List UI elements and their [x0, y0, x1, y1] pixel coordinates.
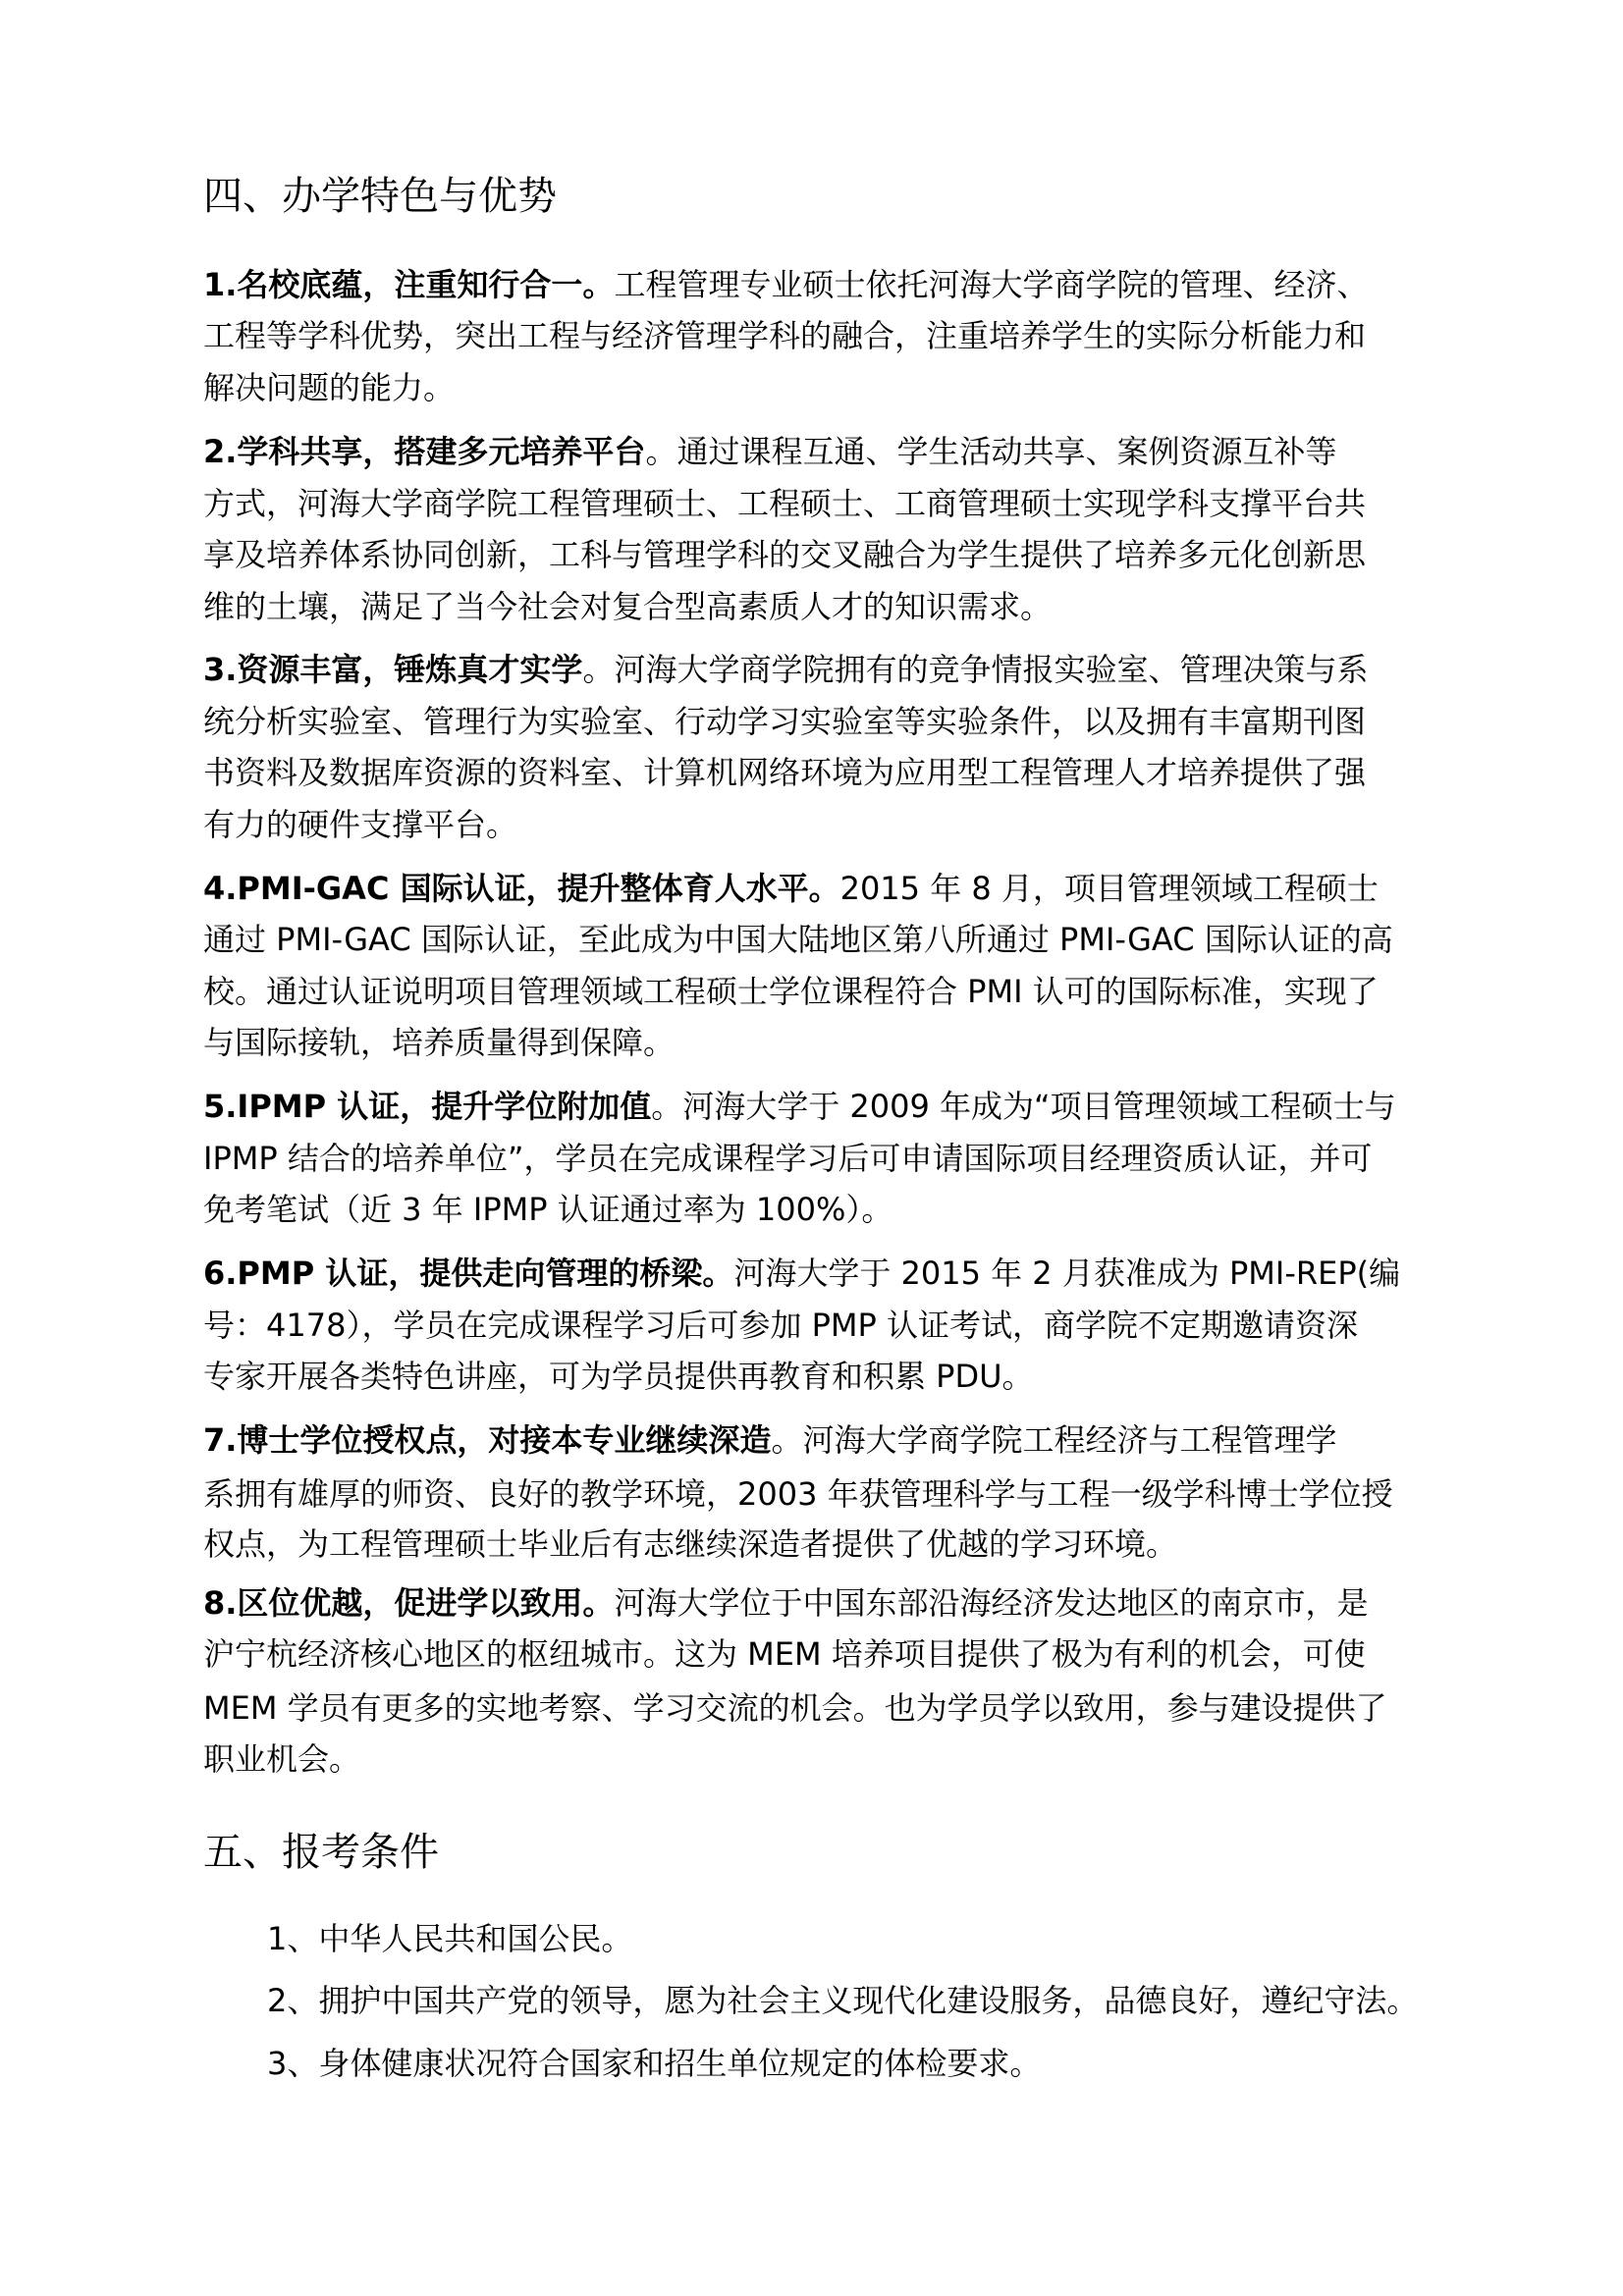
paragraph-line: 7.博士学位授权点，对接本专业继续深造。河海大学商学院工程经济与工程管理学	[203, 1415, 1336, 1465]
paragraph-lead: 1.名校底蕴，注重知行合一。	[203, 266, 614, 303]
paragraph-text: 工程管理专业硕士依托河海大学商学院的管理、经济、	[614, 266, 1368, 303]
paragraph-lead: 3.资源丰富，锤炼真才实学	[203, 651, 582, 688]
paragraph-line: 职业机会。	[203, 1735, 360, 1784]
paragraph-line: 维的土壤，满足了当今社会对复合型高素质人才的知识需求。	[203, 582, 1052, 631]
document-page: 四、办学特色与优势 1.名校底蕴，注重知行合一。工程管理专业硕士依托河海大学商学…	[0, 0, 1623, 2296]
paragraph-lead: 7.博士学位授权点，对接本专业继续深造	[203, 1421, 771, 1459]
paragraph-text: 2015 年 8 月，项目管理领域工程硕士	[840, 870, 1379, 907]
paragraph-line: 解决问题的能力。	[203, 363, 455, 412]
paragraph-line: MEM 学员有更多的实地考察、学习交流的机会。也为学员学以致用，参与建设提供了	[203, 1683, 1387, 1733]
paragraph-line: 专家开展各类特色讲座，可为学员提供再教育和积累 PDU。	[203, 1352, 1034, 1401]
list-item: 3、身体健康状况符合国家和招生单位规定的体检要求。	[267, 2039, 1041, 2088]
paragraph-line: 权点，为工程管理硕士毕业后有志继续深造者提供了优越的学习环境。	[203, 1520, 1177, 1569]
paragraph-line: 有力的硬件支撑平台。	[203, 800, 517, 849]
paragraph-line: 1.名校底蕴，注重知行合一。工程管理专业硕士依托河海大学商学院的管理、经济、	[203, 260, 1368, 309]
paragraph-line: 4.PMI-GAC 国际认证，提升整体育人水平。2015 年 8 月，项目管理领…	[203, 864, 1379, 913]
paragraph-line: 工程等学科优势，突出工程与经济管理学科的融合，注重培养学生的实际分析能力和	[203, 311, 1366, 360]
paragraph-line: 享及培养体系协同创新，工科与管理学科的交叉融合为学生提供了培养多元化创新思	[203, 530, 1366, 579]
paragraph-line: 3.资源丰富，锤炼真才实学。河海大学商学院拥有的竞争情报实验室、管理决策与系	[203, 645, 1368, 694]
paragraph-line: IPMP 结合的培养单位”，学员在完成课程学习后可申请国际项目经理资质认证，并可	[203, 1134, 1372, 1183]
paragraph-text: 。河海大学于 2009 年成为“项目管理领域工程硕士与	[651, 1088, 1395, 1125]
paragraph-text: 河海大学于 2015 年 2 月获准成为 PMI-REP(编	[733, 1255, 1400, 1292]
paragraph-lead: 8.区位优越，促进学以致用。	[203, 1584, 614, 1622]
paragraph-lead: 5.IPMP 认证，提升学位附加值	[203, 1088, 651, 1125]
paragraph-line: 号：4178），学员在完成课程学习后可参加 PMP 认证考试，商学院不定期邀请资…	[203, 1301, 1358, 1350]
paragraph-line: 2.学科共享，搭建多元培养平台。通过课程互通、学生活动共享、案例资源互补等	[203, 427, 1336, 476]
paragraph-lead: 6.PMP 认证，提供走向管理的桥梁。	[203, 1255, 733, 1292]
paragraph-line: 系拥有雄厚的师资、良好的教学环境，2003 年获管理科学与工程一级学科博士学位授	[203, 1469, 1393, 1519]
paragraph-text: 。河海大学商学院拥有的竞争情报实验室、管理决策与系	[582, 651, 1368, 688]
list-item: 2、拥护中国共产党的领导，愿为社会主义现代化建设服务，品德良好，遵纪守法。	[267, 1976, 1418, 2025]
paragraph-line: 6.PMP 认证，提供走向管理的桥梁。河海大学于 2015 年 2 月获准成为 …	[203, 1249, 1400, 1298]
paragraph-text: 。通过课程互通、学生活动共享、案例资源互补等	[645, 433, 1336, 470]
paragraph-line: 8.区位优越，促进学以致用。河海大学位于中国东部沿海经济发达地区的南京市，是	[203, 1578, 1368, 1628]
paragraph-lead: 2.学科共享，搭建多元培养平台	[203, 433, 645, 470]
section-heading-requirements: 五、报考条件	[203, 1828, 439, 1877]
paragraph-line: 统分析实验室、管理行为实验室、行动学习实验室等实验条件，以及拥有丰富期刊图	[203, 697, 1366, 746]
paragraph-line: 通过 PMI-GAC 国际认证，至此成为中国大陆地区第八所通过 PMI-GAC …	[203, 915, 1393, 964]
paragraph-line: 免考笔试（近 3 年 IPMP 认证通过率为 100%）。	[203, 1185, 893, 1234]
paragraph-line: 5.IPMP 认证，提升学位附加值。河海大学于 2009 年成为“项目管理领域工…	[203, 1082, 1396, 1131]
paragraph-line: 校。通过认证说明项目管理领域工程硕士学位课程符合 PMI 认可的国际标准，实现了	[203, 967, 1379, 1016]
paragraph-line: 与国际接轨，培养质量得到保障。	[203, 1018, 675, 1067]
paragraph-text: 。河海大学商学院工程经济与工程管理学	[771, 1421, 1336, 1459]
paragraph-line: 方式，河海大学商学院工程管理硕士、工程硕士、工商管理硕士实现学科支撑平台共	[203, 479, 1366, 528]
paragraph-line: 书资料及数据库资源的资料室、计算机网络环境为应用型工程管理人才培养提供了强	[203, 748, 1366, 797]
paragraph-line: 沪宁杭经济核心地区的枢纽城市。这为 MEM 培养项目提供了极为有利的机会，可使	[203, 1629, 1366, 1679]
paragraph-lead: 4.PMI-GAC 国际认证，提升整体育人水平。	[203, 870, 840, 907]
section-heading-features: 四、办学特色与优势	[203, 172, 557, 221]
list-item: 1、中华人民共和国公民。	[267, 1914, 632, 1963]
paragraph-text: 河海大学位于中国东部沿海经济发达地区的南京市，是	[614, 1584, 1368, 1622]
